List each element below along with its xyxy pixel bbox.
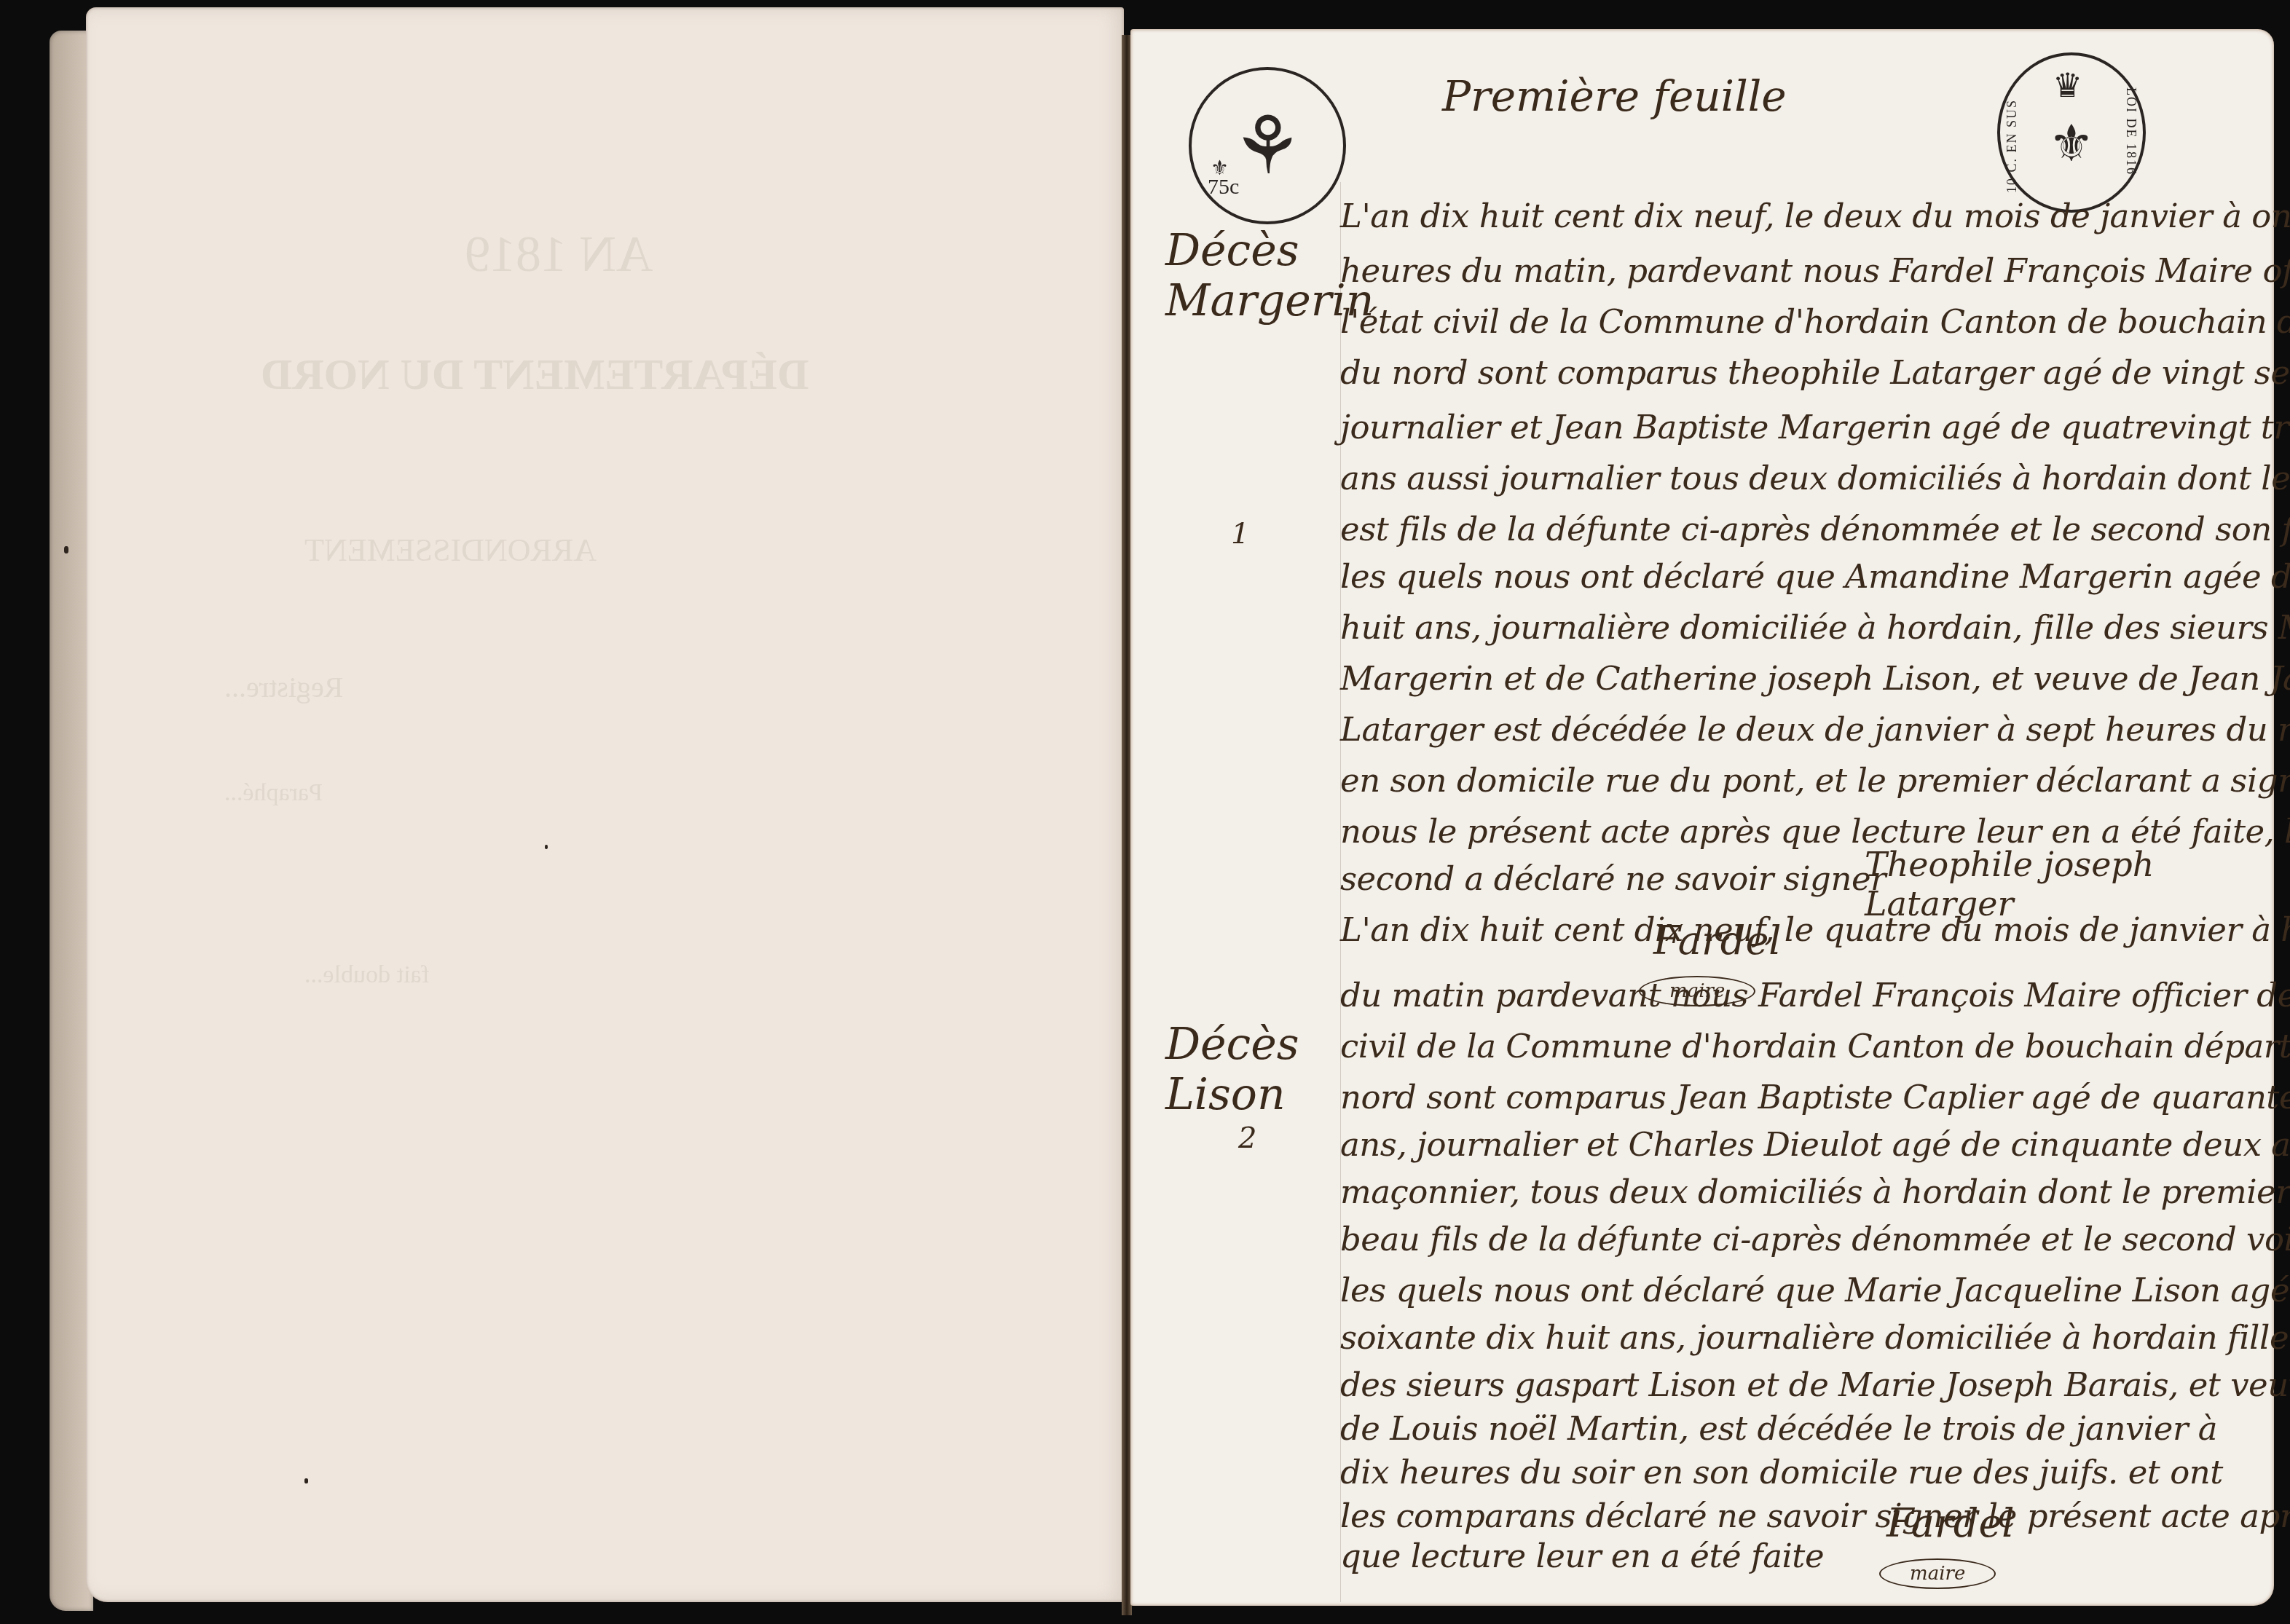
margin-title-line: Décès <box>1165 1020 1299 1070</box>
royal-seal-stamp: ♛ ⚜ 10 C. EN SUS LOI DE 1816 <box>1997 52 2146 213</box>
act-text-line: ans aussi journalier tous deux domicilié… <box>1340 459 2290 497</box>
bleed-through-text: Registre... <box>224 670 343 704</box>
act-text-line: heures du matin, pardevant nous Fardel F… <box>1340 251 2290 290</box>
act-margin-title: Décès Lison <box>1165 1020 1299 1120</box>
act-text-line: L'an dix huit cent dix neuf, le deux du … <box>1340 197 2290 235</box>
act-number: 2 <box>1238 1122 1256 1155</box>
fleur-de-lis-icon: ⚜ <box>2049 114 2095 173</box>
allegorical-figure-icon: ⚘ <box>1232 106 1304 186</box>
act-text-line: les quels nous ont déclaré que Marie Jac… <box>1340 1271 2290 1309</box>
bleed-through-text: fait double... <box>304 961 430 989</box>
ink-speck <box>304 1478 308 1483</box>
act-text-line: l'état civil de la Commune d'hordain Can… <box>1340 302 2290 341</box>
bleed-through-text: Paraphé... <box>224 779 323 807</box>
margin-title-line: Lison <box>1165 1070 1299 1120</box>
act-text-line: beau fils de la défunte ci-après dénommé… <box>1340 1220 2290 1258</box>
bleed-through-text: AN 1819 <box>465 226 653 284</box>
act-text-line: soixante dix huit ans, journalière domic… <box>1340 1318 2289 1357</box>
act-text-line: Latarger est décédée le deux de janvier … <box>1340 710 2290 749</box>
ink-speck <box>64 546 68 553</box>
act-text-line: huit ans, journalière domiciliée à horda… <box>1340 608 2290 647</box>
act-text-line: en son domicile rue du pont, et le premi… <box>1340 761 2290 800</box>
signature-mayor: Fardel <box>1886 1500 2015 1546</box>
seal-text-right: LOI DE 1816 <box>2123 87 2138 176</box>
act-text-line: L'an dix huit cent dix neuf, le quatre d… <box>1340 910 2290 949</box>
act-text-line: de Louis noël Martin, est décédée le tro… <box>1340 1409 2217 1448</box>
fiscal-stamp: ⚘ ⚜ 75c <box>1189 67 1346 224</box>
act-text-line: est fils de la défunte ci-après dénommée… <box>1340 510 2290 548</box>
act-text-line: que lecture leur en a été faite <box>1340 1537 1824 1575</box>
act-text-line: civil de la Commune d'hordain Canton de … <box>1340 1027 2290 1065</box>
act-text-line: les quels nous ont déclaré que Amandine … <box>1340 557 2290 596</box>
crown-icon: ♛ <box>2053 66 2082 105</box>
open-register-book: AN 1819 DÉPARTEMENT DU NORD ARRONDISSEME… <box>0 0 2290 1624</box>
act-text-line: Margerin et de Catherine joseph Lison, e… <box>1340 659 2290 698</box>
act-text-line: nord sont comparus Jean Baptiste Caplier… <box>1340 1078 2290 1116</box>
act-text-line: des sieurs gaspart Lison et de Marie Jos… <box>1340 1365 2290 1404</box>
act-text-line: du nord sont comparus theophile Latarger… <box>1340 353 2290 392</box>
act-text-line: les comparans déclaré ne savoir signer l… <box>1340 1497 2290 1535</box>
act-text-line: maçonnier, tous deux domiciliés à hordai… <box>1340 1172 2290 1211</box>
act-text-line: ans, journalier et Charles Dieulot agé d… <box>1340 1125 2290 1164</box>
act-text-line: dix heures du soir en son domicile rue d… <box>1340 1453 2223 1491</box>
mayor-flourish: maire <box>1879 1558 1996 1589</box>
act-number: 1 <box>1231 517 1249 551</box>
bleed-through-text: DÉPARTEMENT DU NORD <box>261 350 808 400</box>
act-text-line: journalier et Jean Baptiste Margerin agé… <box>1340 408 2290 446</box>
page-header-note: Première feuille <box>1442 71 1787 121</box>
left-page: AN 1819 DÉPARTEMENT DU NORD ARRONDISSEME… <box>86 7 1124 1602</box>
ink-speck <box>545 845 548 849</box>
act-text-line: second a déclaré ne savoir signer <box>1340 859 1886 898</box>
seal-text-left: 10 C. EN SUS <box>2004 99 2020 193</box>
bleed-through-text: ARRONDISSEMENT <box>304 532 597 569</box>
stamp-value: 75c <box>1208 175 1239 200</box>
act-text-line: du matin pardevant nous Fardel François … <box>1340 976 2290 1014</box>
